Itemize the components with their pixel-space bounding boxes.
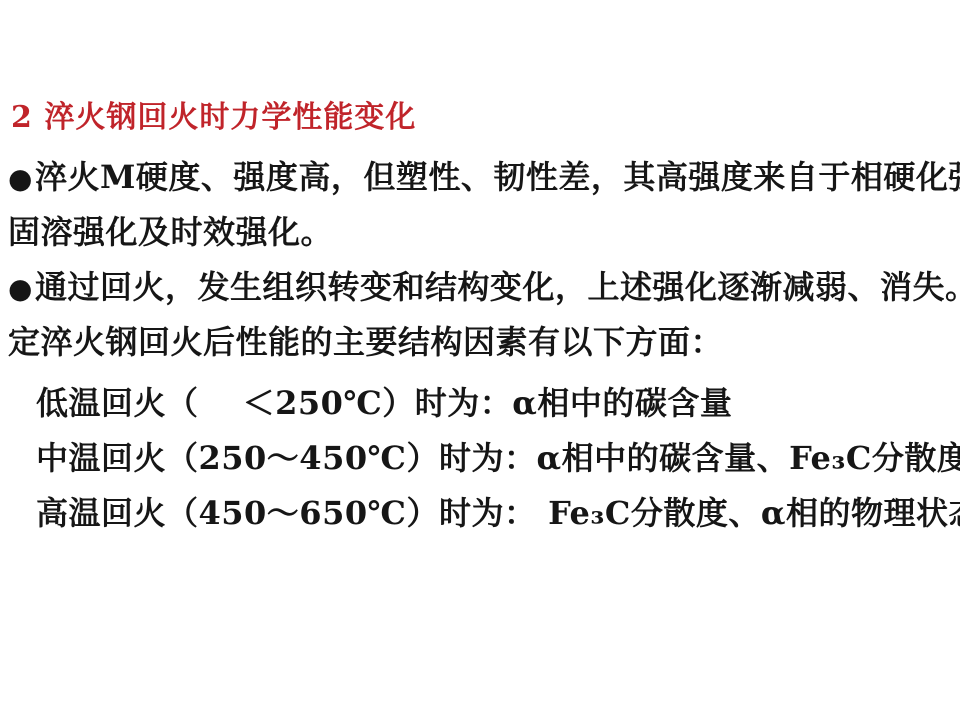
slide-title: 2 淬火钢回火时力学性能变化	[11, 92, 416, 136]
body-line-text: 固溶强化及时效强化。	[8, 213, 333, 251]
body-line-text: 高温回火（450～650℃）时为： Fe₃C分散度、α相的物理状态及成分	[36, 494, 960, 532]
body-line-text: 淬火M硬度、强度高，但塑性、韧性差，其高强度来自于相硬化强化、	[35, 158, 960, 196]
bullet-icon: ●	[8, 272, 33, 305]
body-line-text: 低温回火（ ＜250℃）时为：α相中的碳含量	[36, 384, 732, 422]
bullet-icon: ●	[8, 162, 33, 195]
body-line: 中温回火（250～450℃）时为：α相中的碳含量、Fe₃C分散度	[8, 431, 956, 486]
body-line: ●通过回火，发生组织转变和结构变化，上述强化逐渐减弱、消失。决	[8, 260, 956, 315]
body-line: 高温回火（450～650℃）时为： Fe₃C分散度、α相的物理状态及成分	[8, 486, 956, 541]
body-line: 低温回火（ ＜250℃）时为：α相中的碳含量	[8, 376, 956, 431]
body-line: 固溶强化及时效强化。	[8, 205, 956, 260]
slide-body: ●淬火M硬度、强度高，但塑性、韧性差，其高强度来自于相硬化强化、 固溶强化及时效…	[8, 150, 956, 541]
body-line: ●淬火M硬度、强度高，但塑性、韧性差，其高强度来自于相硬化强化、	[8, 150, 956, 205]
body-line-text: 定淬火钢回火后性能的主要结构因素有以下方面：	[8, 323, 723, 361]
body-line: 定淬火钢回火后性能的主要结构因素有以下方面：	[8, 315, 956, 370]
slide: 2 淬火钢回火时力学性能变化 ●淬火M硬度、强度高，但塑性、韧性差，其高强度来自…	[0, 0, 960, 720]
body-line-text: 通过回火，发生组织转变和结构变化，上述强化逐渐减弱、消失。决	[35, 268, 960, 306]
body-line-text: 中温回火（250～450℃）时为：α相中的碳含量、Fe₃C分散度	[36, 439, 960, 477]
